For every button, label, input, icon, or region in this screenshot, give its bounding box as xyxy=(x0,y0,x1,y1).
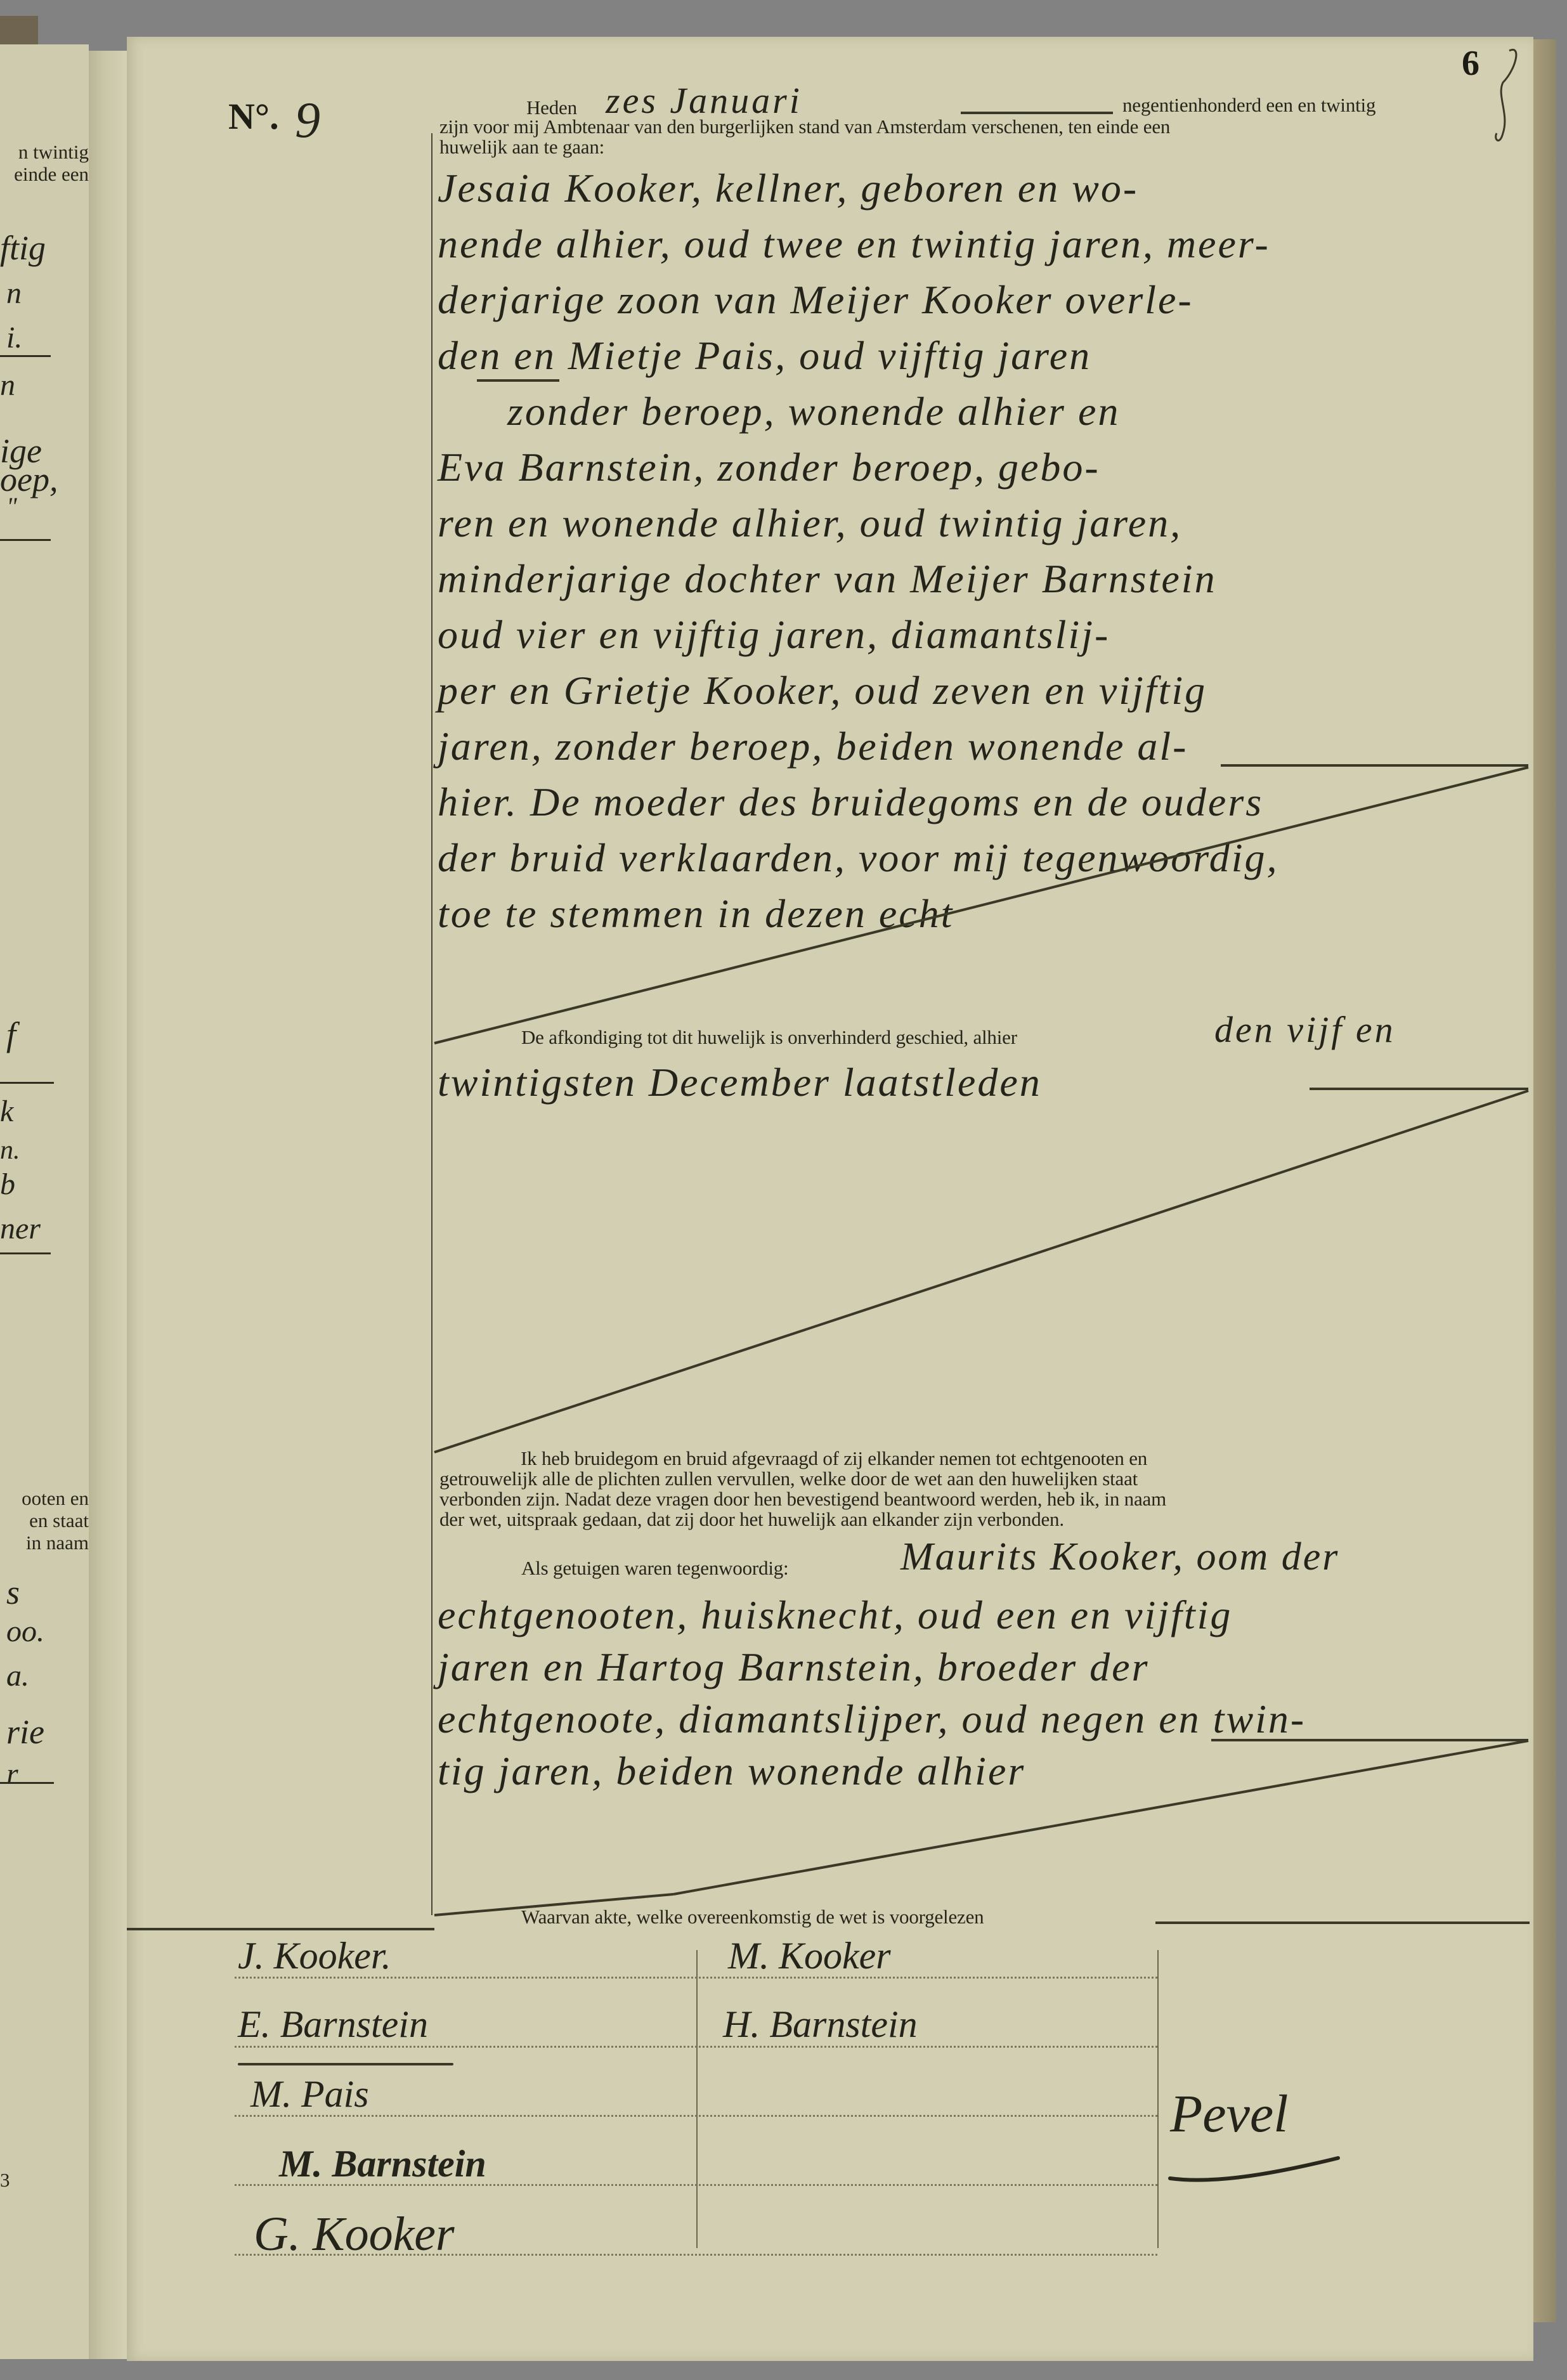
signature-witness-1: M. Kooker xyxy=(728,1934,891,1978)
section-rule xyxy=(127,1928,434,1930)
declaration-line: Ik heb bruidegom en bruid afgevraagd of … xyxy=(439,1448,1492,1469)
fill-rule xyxy=(1211,1739,1528,1741)
signature-column-divider xyxy=(696,1950,698,2248)
declaration-line: verbonden zijn. Nadat deze vragen door h… xyxy=(439,1489,1492,1509)
witnesses-line: echtgenooten, huisknecht, oud een en vij… xyxy=(438,1592,1528,1644)
proclamation-hand-1: den vijf en xyxy=(1214,1008,1396,1051)
declaration-block: Ik heb bruidegom en bruid afgevraagd of … xyxy=(439,1448,1492,1530)
witnesses-block: echtgenooten, huisknecht, oud een en vij… xyxy=(438,1592,1528,1800)
signature-bride: E. Barnstein xyxy=(238,2003,428,2046)
proclamation-print: De afkondiging tot dit huwelijk is onver… xyxy=(521,1026,1017,1049)
signature-bride-father: M. Barnstein xyxy=(279,2142,486,2186)
closing-statement: Waarvan akte, welke overeenkomstig de we… xyxy=(521,1906,984,1928)
signature-column-divider xyxy=(1157,1950,1159,2248)
proclamation-hand-2: twintigsten December laatstleden xyxy=(438,1059,1042,1106)
signature-groom-mother: M. Pais xyxy=(250,2072,369,2116)
declaration-line: der wet, uitspraak gedaan, dat zij door … xyxy=(439,1509,1492,1530)
signature-underline xyxy=(238,2063,453,2065)
witnesses-line: tig jaren, beiden wonende alhier xyxy=(438,1748,1528,1800)
fill-rule xyxy=(1310,1088,1528,1090)
signature-rule xyxy=(235,2115,1157,2117)
fill-rule xyxy=(1155,1922,1530,1924)
witnesses-label: Als getuigen waren tegenwoordig: xyxy=(521,1557,788,1580)
signature-bride-mother: G. Kooker xyxy=(254,2207,455,2262)
signature-registrar: Pevel xyxy=(1170,2083,1289,2145)
witnesses-line: jaren en Hartog Barnstein, broeder der xyxy=(438,1644,1528,1696)
registrar-flourish-icon xyxy=(1167,2153,1344,2191)
signature-witness-2: H. Barnstein xyxy=(723,2003,918,2046)
signature-groom: J. Kooker. xyxy=(238,1934,391,1978)
witnesses-line: Maurits Kooker, oom der xyxy=(901,1535,1339,1580)
declaration-line: getrouwelijk alle de plichten zullen ver… xyxy=(439,1469,1492,1489)
